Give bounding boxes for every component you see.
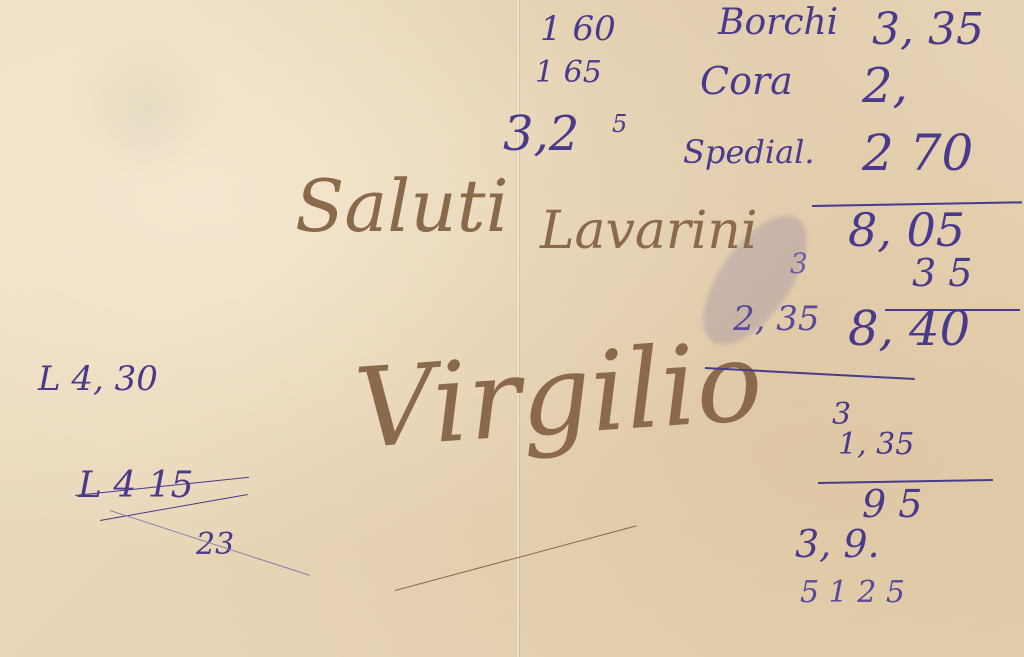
calc-result: 9 5 [862,485,922,523]
left-amount: L 4, 30 [38,362,158,396]
calc-lower-b: 5 1 2 5 [800,578,905,608]
ledger-amount-1: 3, 35 [872,8,984,52]
calc-value: 1, 35 [838,430,914,460]
postcard-back: Saluti Lavarini Virgilio 1 60 1 65 3,2 5… [0,0,1024,657]
signature: Virgilio [352,326,766,464]
left-crossed-out: L 4 15 [78,468,194,504]
top-sum-value-1: 1 60 [540,12,616,46]
ledger-side-note: 2, 35 [733,302,820,336]
top-sum-total-suffix: 5 [612,112,627,136]
calc-carry: 3 [832,400,851,430]
ledger-side-note-top: 3 [790,250,808,278]
ledger-label-1: Borchi [718,5,838,41]
ledger-total: 8, 40 [848,305,970,353]
ledger-label-3: Spedial. [683,136,815,168]
ledger-label-2: Cora [700,62,793,100]
top-sum-total: 3,2 [503,110,579,158]
top-sum-value-2: 1 65 [535,58,602,88]
ledger-added: 3 5 [912,254,972,292]
calc-lower-a: 3, 9. [795,525,880,563]
strike-line-3 [110,510,310,576]
greeting-name: Lavarini [540,205,758,257]
center-fold-crease [516,0,520,657]
faded-stamp-mark [60,20,230,200]
ledger-amount-2: 2, [862,62,908,110]
greeting-saluti: Saluti [295,170,509,242]
ledger-amount-3: 2 70 [862,128,973,178]
ledger-subtotal: 8, 05 [848,207,965,253]
